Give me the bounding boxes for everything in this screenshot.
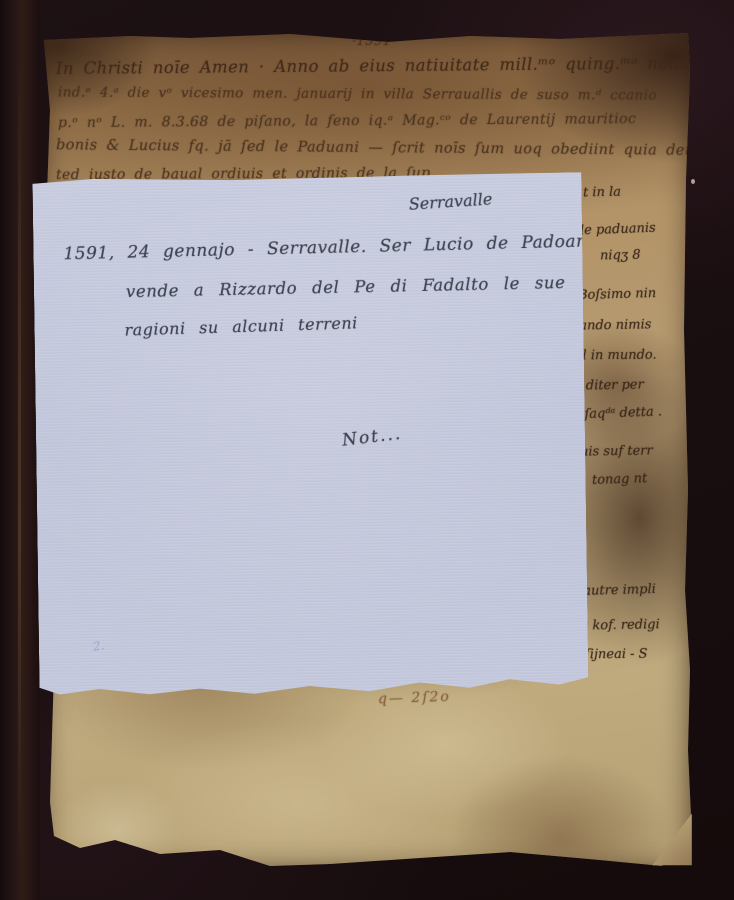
parchment-right-fragment: tonag nt (592, 471, 648, 488)
note-pencil-mark: 2. (92, 638, 105, 654)
parchment-right-fragment: ſijneai - S (585, 647, 648, 663)
parchment-line: p.ᵒ nᵒ L. m. 8.3.68 de piſano, la feno i… (58, 111, 636, 131)
note-notary-line: Not... (341, 424, 403, 451)
parchment-line: bonis & Lucius fq. jā ſed le Paduani — ſ… (56, 137, 695, 159)
parchment-line: ind.ᵉ 4.ᵃ die vᵒ vicesimo men. januarij … (58, 84, 657, 103)
parchment-right-fragment: le paduanis (580, 221, 656, 239)
parchment-right-fragment: uis suf terr (580, 443, 653, 459)
parchment-bottom-scribble: q— 2ſ2o (378, 689, 451, 708)
note-corner-label: Serravalle (408, 189, 493, 213)
parchment-line: In Christi noīe Amen · Anno ab eius nati… (56, 53, 724, 78)
parchment-right-fragment: t in la (583, 185, 621, 201)
manuscript-photo: ·1591· In Christi noīe Amen · Anno ab ei… (0, 0, 734, 900)
note-line-2: vende a Rizzardo del Pe di Fadalto le su… (126, 273, 566, 301)
archivist-note-paper: Serravalle 1591, 24 gennajo - Serravalle… (32, 172, 588, 700)
book-spine (0, 0, 40, 900)
parchment-right-fragment: cando nimis (572, 317, 652, 333)
spine-fold-highlight (18, 60, 21, 860)
parchment-heading-year: ·1591· (352, 34, 396, 49)
parchment-right-fragment: ś diter per (575, 377, 644, 393)
parchment-right-fragment: niqʒ 8 (600, 248, 641, 264)
note-line-3: ragioni su alcuni terreni (124, 313, 358, 339)
dust-speck (691, 179, 695, 184)
parchment-right-fragment: Boſsimo nin (578, 286, 657, 303)
note-line-1: 1591, 24 gennajo - Serravalle. Ser Lucio… (63, 231, 599, 264)
